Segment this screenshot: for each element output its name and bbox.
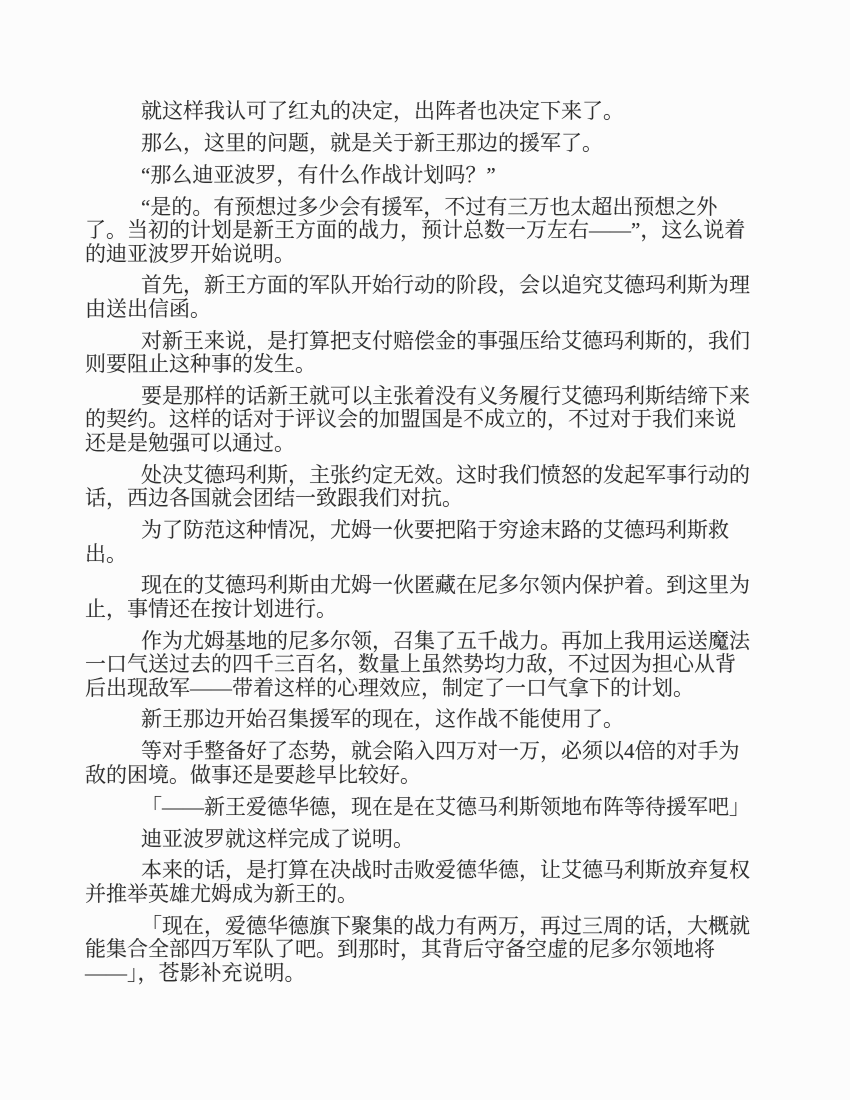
text-line: 迪亚波罗就这样完成了说明。 — [85, 828, 785, 851]
text-line: 话，西边各国就会团结一致跟我们对抗。 — [85, 487, 785, 510]
paragraph: 新王那边开始召集援军的现在，这作战不能使用了。 — [85, 708, 785, 731]
text-line: 能集合全部四万军队了吧。到那时，其背后守备空虚的尼多尔领地将 — [85, 938, 785, 961]
paragraph: 要是那样的话新王就可以主张着没有义务履行艾德玛利斯结缔下来的契约。这样的话对于评… — [85, 385, 785, 455]
page-text: 就这样我认可了红丸的决定，出阵者也决定下来了。那么，这里的问题，就是关于新王那边… — [85, 100, 785, 994]
text-line: 等对手整备好了态势，就会陷入四万对一万，必须以4倍的对手为 — [85, 740, 785, 763]
text-line: “是的。有预想过多少会有援军，不过有三万也太超出预想之外 — [85, 196, 785, 219]
paragraph: “那么迪亚波罗，有什么作战计划吗？” — [85, 164, 785, 187]
text-line: 处决艾德玛利斯，主张约定无效。这时我们愤怒的发起军事行动的 — [85, 464, 785, 487]
text-line: 则要阻止这种事的发生。 — [85, 353, 785, 376]
text-line: 那么，这里的问题，就是关于新王那边的援军了。 — [85, 132, 785, 155]
text-line: 出。 — [85, 543, 785, 566]
text-line: 「——新王爱德华德，现在是在艾德马利斯领地布阵等待援军吧」 — [85, 796, 785, 819]
text-line: ——」，苍影补充说明。 — [85, 962, 785, 985]
text-line: 的契约。这样的话对于评议会的加盟国是不成立的，不过对于我们来说 — [85, 408, 785, 431]
paragraph: 迪亚波罗就这样完成了说明。 — [85, 828, 785, 851]
text-line: 本来的话，是打算在决战时击败爱德华德，让艾德马利斯放弃复权 — [85, 859, 785, 882]
text-line: 首先，新王方面的军队开始行动的阶段，会以追究艾德玛利斯为理 — [85, 274, 785, 297]
text-line: 作为尤姆基地的尼多尔领，召集了五千战力。再加上我用运送魔法 — [85, 630, 785, 653]
text-line: 现在的艾德玛利斯由尤姆一伙匿藏在尼多尔领内保护着。到这里为 — [85, 574, 785, 597]
text-line: 的迪亚波罗开始说明。 — [85, 243, 785, 266]
paragraph: 「现在，爱德华德旗下聚集的战力有两万，再过三周的话，大概就能集合全部四万军队了吧… — [85, 915, 785, 985]
text-line: 为了防范这种情况，尤姆一伙要把陷于穷途末路的艾德玛利斯救 — [85, 519, 785, 542]
paragraph: 处决艾德玛利斯，主张约定无效。这时我们愤怒的发起军事行动的话，西边各国就会团结一… — [85, 464, 785, 511]
paragraph: 那么，这里的问题，就是关于新王那边的援军了。 — [85, 132, 785, 155]
paragraph: 为了防范这种情况，尤姆一伙要把陷于穷途末路的艾德玛利斯救出。 — [85, 519, 785, 566]
paragraph: 本来的话，是打算在决战时击败爱德华德，让艾德马利斯放弃复权并推举英雄尤姆成为新王… — [85, 859, 785, 906]
document-page: 就这样我认可了红丸的决定，出阵者也决定下来了。那么，这里的问题，就是关于新王那边… — [0, 0, 850, 1100]
paragraph: 首先，新王方面的军队开始行动的阶段，会以追究艾德玛利斯为理由送出信函。 — [85, 274, 785, 321]
text-line: 由送出信函。 — [85, 298, 785, 321]
paragraph: 就这样我认可了红丸的决定，出阵者也决定下来了。 — [85, 100, 785, 123]
text-line: 后出现敌军——带着这样的心理效应，制定了一口气拿下的计划。 — [85, 677, 785, 700]
text-line: 新王那边开始召集援军的现在，这作战不能使用了。 — [85, 708, 785, 731]
text-line: 止，事情还在按计划进行。 — [85, 598, 785, 621]
text-line: 一口气送过去的四千三百名，数量上虽然势均力敌，不过因为担心从背 — [85, 653, 785, 676]
paragraph: 等对手整备好了态势，就会陷入四万对一万，必须以4倍的对手为敌的困境。做事还是要趁… — [85, 740, 785, 787]
text-line: 了。当初的计划是新王方面的战力，预计总数一万左右——”，这么说着 — [85, 219, 785, 242]
paragraph: 现在的艾德玛利斯由尤姆一伙匿藏在尼多尔领内保护着。到这里为止，事情还在按计划进行… — [85, 574, 785, 621]
text-line: 就这样我认可了红丸的决定，出阵者也决定下来了。 — [85, 100, 785, 123]
paragraph: 作为尤姆基地的尼多尔领，召集了五千战力。再加上我用运送魔法一口气送过去的四千三百… — [85, 630, 785, 700]
text-line: 对新王来说，是打算把支付赔偿金的事强压给艾德玛利斯的，我们 — [85, 330, 785, 353]
text-line: 并推举英雄尤姆成为新王的。 — [85, 883, 785, 906]
text-line: 要是那样的话新王就可以主张着没有义务履行艾德玛利斯结缔下来 — [85, 385, 785, 408]
paragraph: “是的。有预想过多少会有援军，不过有三万也太超出预想之外了。当初的计划是新王方面… — [85, 196, 785, 266]
text-line: 「现在，爱德华德旗下聚集的战力有两万，再过三周的话，大概就 — [85, 915, 785, 938]
text-line: “那么迪亚波罗，有什么作战计划吗？” — [85, 164, 785, 187]
text-line: 还是是勉强可以通过。 — [85, 432, 785, 455]
paragraph: 「——新王爱德华德，现在是在艾德马利斯领地布阵等待援军吧」 — [85, 796, 785, 819]
paragraph: 对新王来说，是打算把支付赔偿金的事强压给艾德玛利斯的，我们则要阻止这种事的发生。 — [85, 330, 785, 377]
text-line: 敌的困境。做事还是要趁早比较好。 — [85, 764, 785, 787]
